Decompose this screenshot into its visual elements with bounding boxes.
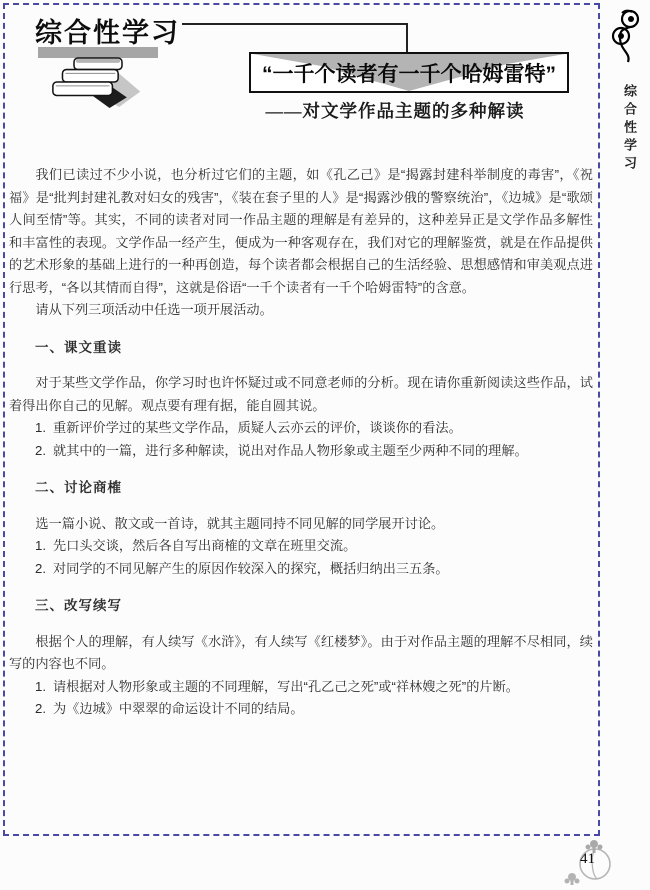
list-item-number: 1. [35, 420, 46, 435]
list-item: 1.重新评价学过的某些文学作品，质疑人云亦云的评价，谈谈你的看法。 [35, 417, 593, 440]
list-item: 2.为《边城》中翠翠的命运设计不同的结局。 [35, 698, 593, 721]
main-title: “一千个读者有一千个哈姆雷特” [251, 54, 567, 91]
instruction-line: 请从下列三项活动中任选一项开展活动。 [9, 299, 593, 322]
list-item: 1.请根据对人物形象或主题的不同理解，写出“孔乙己之死”或“祥林嫂之死”的片断。 [35, 676, 593, 699]
page-number-block: 41 [564, 837, 618, 887]
list-item-text: 重新评价学过的某些文学作品，质疑人云亦云的评价，谈谈你的看法。 [53, 420, 462, 435]
list-item-number: 1. [35, 679, 46, 694]
list-item-text: 就其中的一篇，进行多种解读，说出对作品人物形象或主题至少两种不同的理解。 [53, 443, 528, 458]
activity-2-intro: 选一篇小说、散文或一首诗，就其主题同持不同见解的同学展开讨论。 [9, 513, 593, 536]
list-item: 2.对同学的不同见解产生的原因作较深入的探究，概括归纳出三五条。 [35, 558, 593, 581]
activity-1-intro: 对于某些文学作品，你学习时也许怀疑过或不同意老师的分析。现在请你重新阅读这些作品… [9, 372, 593, 417]
list-item: 1.先口头交谈，然后各自写出商榷的文章在班里交流。 [35, 535, 593, 558]
books-icon [50, 55, 146, 116]
header-connector-line-drop [406, 23, 408, 54]
vine-ornament-icon [608, 7, 644, 70]
section-title: 综合性学习 [35, 11, 180, 50]
textbook-page: 综合性学习 “一千个读者有一千个哈姆雷特” ——对文学作品主题的多种解读 我们已… [0, 0, 650, 890]
activity-1-heading: 一、课文重读 [35, 337, 593, 360]
list-item-number: 1. [35, 538, 46, 553]
title-banner-box: “一千个读者有一千个哈姆雷特” [249, 52, 569, 93]
subtitle: ——对文学作品主题的多种解读 [215, 98, 575, 123]
list-item-text: 请根据对人物形象或主题的不同理解，写出“孔乙己之死”或“祥林嫂之死”的片断。 [53, 679, 519, 694]
activity-3-intro: 根据个人的理解，有人续写《水浒》，有人续写《红楼梦》。由于对作品主题的理解不尽相… [9, 631, 593, 676]
side-margin-label: 综合性学习 [620, 84, 639, 174]
intro-paragraph: 我们已读过不少小说，也分析过它们的主题，如《孔乙己》是“揭露封建科举制度的毒害”… [9, 164, 593, 299]
header-connector-line [182, 23, 408, 25]
body-text: 我们已读过不少小说，也分析过它们的主题，如《孔乙己》是“揭露封建科举制度的毒害”… [9, 164, 593, 721]
list-item-text: 为《边城》中翠翠的命运设计不同的结局。 [53, 701, 304, 716]
list-item-text: 对同学的不同见解产生的原因作较深入的探究，概括归纳出三五条。 [53, 561, 449, 576]
list-item-text: 先口头交谈，然后各自写出商榷的文章在班里交流。 [53, 538, 356, 553]
list-item-number: 2. [35, 443, 46, 458]
activity-2-heading: 二、讨论商榷 [35, 477, 593, 500]
list-item-number: 2. [35, 701, 46, 716]
list-item-number: 2. [35, 561, 46, 576]
page-number: 41 [580, 851, 595, 868]
list-item: 2.就其中的一篇，进行多种解读，说出对作品人物形象或主题至少两种不同的理解。 [35, 440, 593, 463]
activity-3-heading: 三、改写续写 [35, 595, 593, 618]
